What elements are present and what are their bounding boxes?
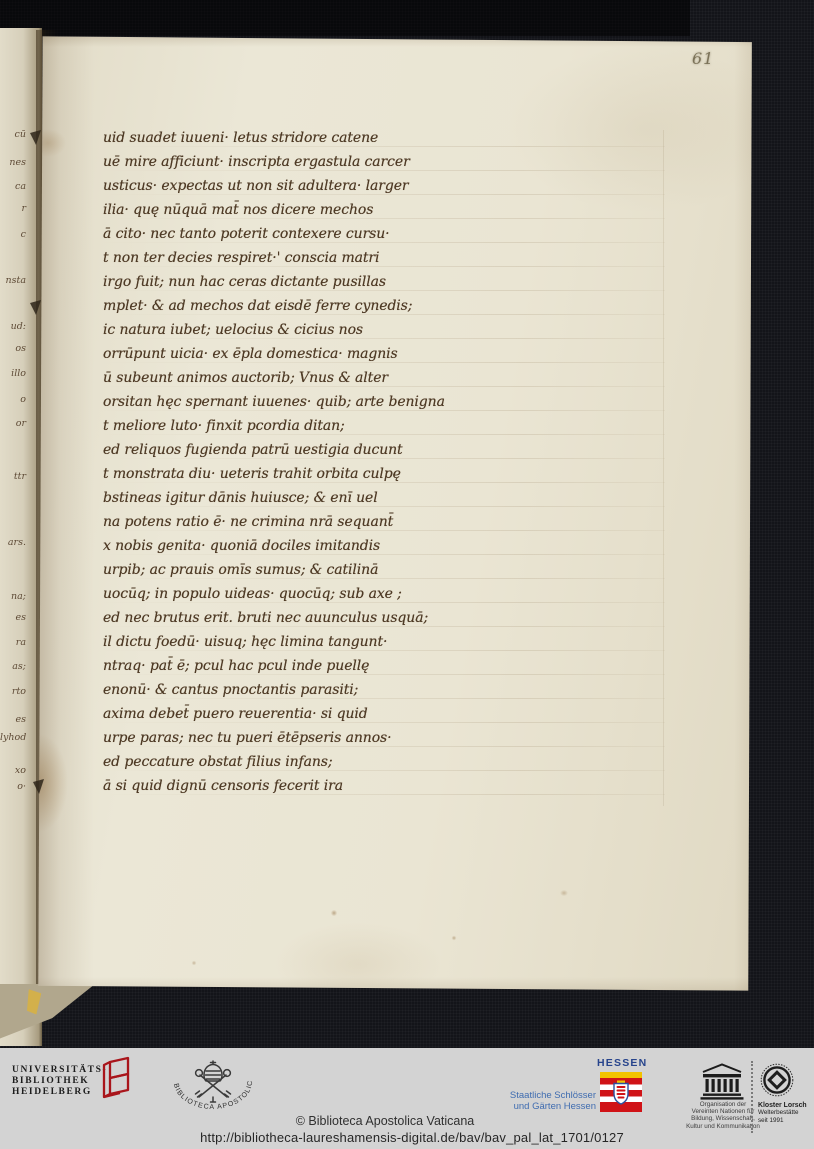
facing-page-text-fragment: ttr [0, 472, 26, 482]
facing-page-text-fragment: ars. [0, 538, 26, 548]
hessen-caption: Staatliche Schlösser und Gärten Hessen [498, 1090, 596, 1112]
unesco-caption: Organisation der Vereinten Nationen für … [686, 1101, 760, 1130]
manuscript-page: uid suadet iuueni· letus stridore catene… [34, 33, 754, 993]
unesco-temple-logo [699, 1063, 745, 1100]
facing-page-text-fragment: o· [0, 782, 26, 792]
facing-page-text-fragment: rto [0, 687, 26, 697]
manuscript-line: usticus· expectas ut non sit adultera· l… [103, 176, 408, 196]
dotted-divider [751, 1061, 753, 1133]
facing-page-text-fragment: ca [0, 182, 26, 192]
facing-page-text-fragment: c [0, 230, 26, 240]
facing-page-text-fragment: or [0, 419, 26, 429]
manuscript-line: orrūpunt uicia· ex ēpla domestica· magni… [103, 344, 398, 364]
manuscript-line: mplet· & ad mechos dat eisdē ferre cyned… [103, 296, 412, 316]
kloster-lorsch-line: seit 1991 [758, 1117, 814, 1124]
kloster-lorsch-caption: Kloster Lorsch Welterbestätte seit 1991 [758, 1102, 814, 1124]
source-url: http://bibliotheca-laureshamensis-digita… [200, 1130, 624, 1145]
biblioteca-apostolica-vaticana-seal: BIBLIOTECA APOSTOLICA VATICANA [167, 1058, 259, 1122]
kloster-lorsch-name: Kloster Lorsch [758, 1102, 814, 1109]
manuscript-line: t monstrata diu· ueteris trahit orbita c… [103, 464, 401, 484]
facing-page-text-fragment: nes [0, 158, 26, 168]
hessen-coat-of-arms-logo [600, 1072, 642, 1112]
manuscript-line: t non ter decies respiret·' conscia matr… [103, 248, 379, 268]
facing-page-text-fragment: nsta [0, 276, 26, 286]
copyright-notice: © Biblioteca Apostolica Vaticana [296, 1114, 475, 1128]
manuscript-line: axima debet̄ puero reuerentia· si quid [103, 704, 368, 724]
manuscript-line: ed nec brutus erit. bruti nec auunculus … [103, 608, 428, 628]
facing-page-text-fragment: ra [0, 638, 26, 648]
unesco-caption-line: Kultur und Kommunikation [686, 1123, 760, 1130]
unesco-caption-line: Vereinten Nationen für [686, 1108, 760, 1115]
facing-page-text-fragment: na; [0, 592, 26, 602]
manuscript-line: x nobis genita· quoniā dociles imitandis [103, 536, 380, 556]
manuscript-line: uid suadet iuueni· letus stridore catene [103, 128, 378, 148]
facing-page-text-fragment: xo [0, 766, 26, 776]
kloster-lorsch-emblem [760, 1063, 794, 1097]
manuscript-line: bstineas igitur dānis huiusce; & enī uel [103, 488, 378, 508]
manuscript-line: il dictu foedū· uisuq; hęc limina tangun… [103, 632, 387, 652]
manuscript-line: ed peccature obstat filius infans; [103, 752, 332, 772]
manuscript-line: uocūq; in populo uideas· quocūq; sub axe… [103, 584, 402, 604]
manuscript-line: ā si quid dignū censoris fecerit ira [103, 776, 343, 796]
hessen-wordmark: HESSEN [597, 1057, 643, 1069]
facing-page-text-fragment: o [0, 395, 26, 405]
hessen-caption-line: und Gärten Hessen [498, 1101, 596, 1112]
facing-page-text-fragment: illo [0, 369, 26, 379]
manuscript-line: orsitan hęc spernant iuuenes· quib; arte… [103, 392, 445, 412]
manuscript-line: ntraq· pat̄ ē; pcul hac pcul inde puellę [103, 656, 369, 676]
facing-page-text-fragment: os [0, 344, 26, 354]
manuscript-line: urpib; ac prauis omīs sumus; & catilinā [103, 560, 378, 580]
manuscript-line: ilia· quę nūquā mat̄ nos dicere mechos [103, 200, 373, 220]
backdrop-shadow [0, 0, 690, 36]
manuscript-line: urpe paras; nec tu pueri ētēpseris annos… [103, 728, 391, 748]
manuscript-line: ū subeunt animos auctorib; Vnus & alter [103, 368, 388, 388]
photo-backdrop: cūnescarcnstaud:osillooorttrars.na;esraa… [0, 0, 814, 1149]
ruling-vertical-line [663, 130, 664, 806]
facing-page-text-fragment: lyhod [0, 733, 26, 743]
ub-heidelberg-logo [96, 1056, 132, 1102]
folio-number: 61 [692, 49, 714, 68]
manuscript-line: ic natura iubet; uelocius & cicius nos [103, 320, 363, 340]
unesco-caption-line: Bildung, Wissenschaft, [686, 1115, 760, 1122]
manuscript-line: enonū· & cantus pnoctantis parasiti; [103, 680, 358, 700]
facing-page-text-fragment: cū [0, 130, 26, 140]
facing-page-text-fragment: r [0, 204, 26, 214]
manuscript-line: ā cito· nec tanto poterit contexere curs… [103, 224, 390, 244]
manuscript-line: uē mire afficiunt· inscripta ergastula c… [103, 152, 410, 172]
facing-page-text-fragment: es [0, 715, 26, 725]
kloster-lorsch-line: Welterbestätte [758, 1109, 814, 1116]
hessen-caption-line: Staatliche Schlösser [498, 1090, 596, 1101]
manuscript-line: t meliore luto· finxit pcordia ditan; [103, 416, 345, 436]
footer-bar: UNIVERSITÄTS- BIBLIOTHEK HEIDELBERG [0, 1048, 814, 1149]
facing-page-text-fragment: es [0, 613, 26, 623]
unesco-caption-line: Organisation der [686, 1101, 760, 1108]
manuscript-line: ed reliquos fugienda patrū uestigia ducu… [103, 440, 403, 460]
manuscript-line: irgo fuit; nun hac ceras dictante pusill… [103, 272, 386, 292]
facing-page-text-fragment: ud: [0, 322, 26, 332]
manuscript-line: na potens ratio ē· ne crimina nrā sequan… [103, 512, 393, 532]
facing-page-text-fragment: as; [0, 662, 26, 672]
